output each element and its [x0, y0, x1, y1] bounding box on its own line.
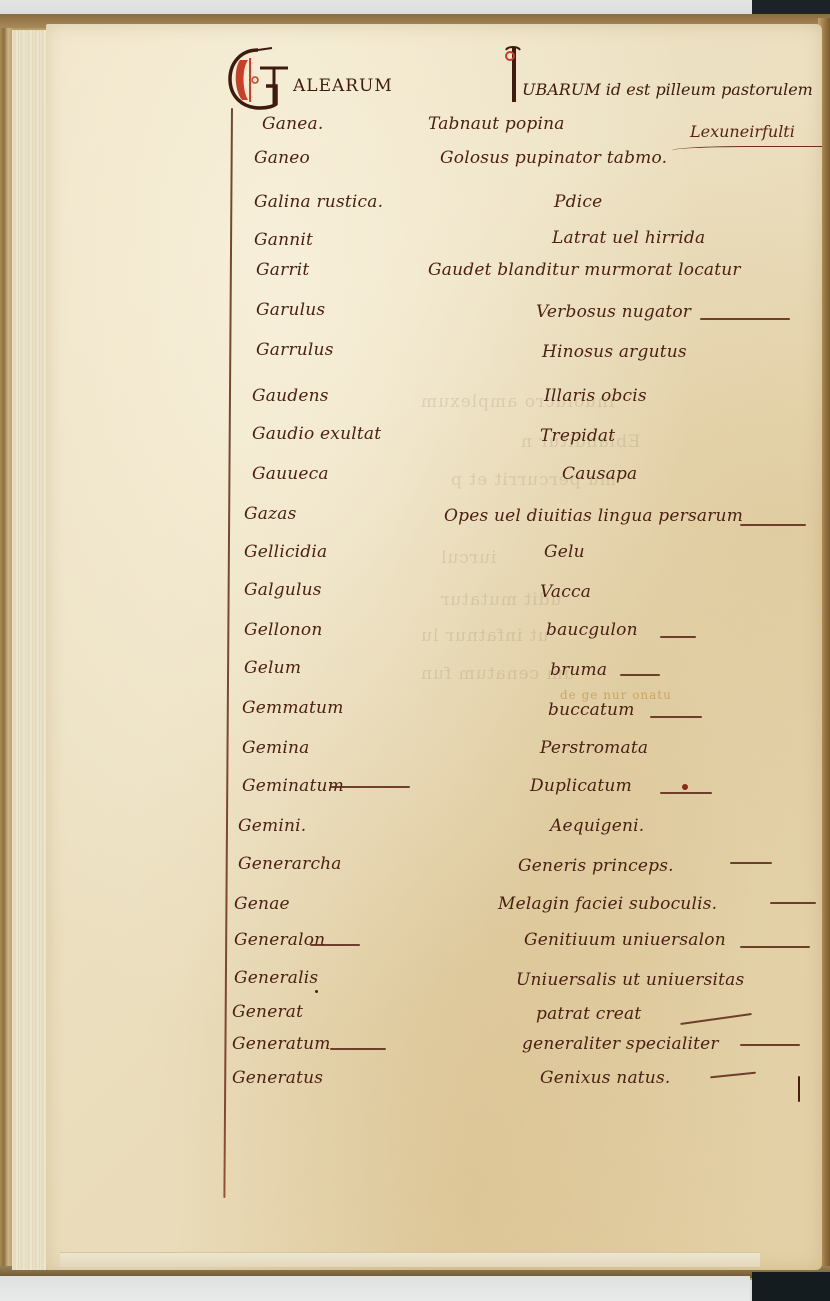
entry-lemma: Gelum	[244, 660, 301, 677]
entry-lemma: Gazas	[244, 506, 297, 523]
entry-gloss: Hinosus argutus	[542, 344, 687, 361]
line-filler-stroke	[330, 1048, 386, 1050]
entry-lemma: Galgulus	[244, 582, 322, 599]
entry-gloss: patrat creat	[536, 1006, 641, 1023]
margin-tick-mark	[798, 1076, 800, 1102]
entry-gloss: Pdice	[554, 194, 602, 211]
entry-lemma: Gellicidia	[244, 544, 327, 561]
entry-gloss: Generis princeps.	[518, 858, 674, 875]
entry-lemma: Gemmatum	[242, 700, 344, 717]
dark-backdrop-strip-bottom	[752, 1272, 830, 1301]
line-filler-stroke	[650, 716, 702, 718]
entry-lemma: Generarcha	[238, 856, 342, 873]
entry-lemma: Garulus	[256, 302, 325, 319]
entry-gloss: Genixus natus.	[540, 1070, 670, 1087]
line-filler-stroke	[620, 674, 660, 676]
entry-lemma: Gannit	[254, 232, 313, 249]
entry-gloss: buccatum	[548, 702, 635, 719]
entry-lemma: Generat	[232, 1004, 303, 1021]
entry-gloss: Latrat uel hirrida	[552, 230, 705, 247]
line-filler-stroke	[730, 862, 772, 864]
entry-lemma: Gaudens	[252, 388, 329, 405]
entry-lemma: Genae	[234, 896, 290, 913]
line-filler-stroke	[700, 318, 790, 320]
line-filler-stroke	[770, 902, 816, 904]
entry-lemma: Generalon	[234, 932, 325, 949]
stacked-page-edges	[12, 30, 47, 1270]
entry-gloss: Melagin faciei suboculis.	[498, 896, 717, 913]
line-filler-stroke	[660, 636, 696, 638]
entry-lemma: Galina rustica.	[254, 194, 383, 211]
entry-lemma: Generatum	[232, 1036, 331, 1053]
ink-blot	[682, 784, 688, 790]
entry-lemma: Gemina	[242, 740, 309, 757]
entry-gloss: Gelu	[544, 544, 585, 561]
entry-gloss: Verbosus nugator	[536, 304, 691, 321]
entry-lemma: Garrulus	[256, 342, 334, 359]
line-filler-stroke	[740, 1044, 800, 1046]
entry-lemma: Geminatum	[242, 778, 344, 795]
heading-gloss: UBARUM id est pilleum pastorulem	[522, 80, 813, 99]
entry-lemma: Gemini.	[238, 818, 306, 835]
entry-gloss: Duplicatum	[530, 778, 632, 795]
leaf-bottom-fold	[60, 1252, 760, 1267]
entry-lemma: Ganeo	[254, 150, 310, 167]
margin-note-bracket	[672, 146, 822, 155]
entry-lemma: Ganea.	[262, 116, 323, 133]
entry-gloss: Vacca	[540, 584, 591, 601]
entry-lemma: Gellonon	[244, 622, 322, 639]
entry-gloss: bruma	[550, 662, 607, 679]
entry-lemma: Generalis	[234, 970, 318, 987]
entry-gloss: Genitiuum uniuersalon	[524, 932, 726, 949]
entry-gloss: Illaris obcis	[544, 388, 647, 405]
entry-gloss: Tabnaut popina	[428, 116, 565, 133]
line-filler-stroke	[740, 524, 806, 526]
entry-lemma: Generatus	[232, 1070, 323, 1087]
entry-gloss: Perstromata	[540, 740, 648, 757]
bleed-through-text: iurcul	[440, 548, 496, 568]
heading-lemma: ALEARUM	[293, 76, 393, 96]
entry-gloss: Trepidat	[540, 428, 615, 445]
line-filler-stroke	[330, 786, 410, 788]
faded-interlinear-annotation: de ge nur onatu	[560, 688, 672, 702]
dark-backdrop-strip	[752, 0, 830, 14]
vellum-leaf	[46, 24, 822, 1270]
entry-gloss: Uniuersalis ut uniuersitas	[516, 972, 744, 989]
entry-lemma: Garrit	[256, 262, 309, 279]
entry-lemma: Gauueca	[252, 466, 329, 483]
entry-gloss: Opes uel diuitias lingua persarum	[444, 508, 743, 525]
line-filler-stroke	[310, 944, 360, 946]
entry-gloss: Golosus pupinator tabmo.	[440, 150, 667, 167]
entry-gloss: Gaudet blanditur murmorat locatur	[428, 262, 741, 279]
entry-gloss: baucgulon	[546, 622, 638, 639]
entry-gloss: Causapa	[562, 466, 637, 483]
entry-gloss: Aequigeni.	[550, 818, 644, 835]
margin-note: Lexuneirfulti	[690, 122, 795, 141]
entry-gloss: generaliter specialiter	[522, 1036, 719, 1053]
bleed-through-text: ut infatnur lu	[420, 626, 549, 646]
line-filler-stroke	[660, 792, 712, 794]
backdrop-bottom	[0, 1276, 750, 1301]
ink-dot	[315, 990, 318, 993]
line-filler-stroke	[740, 946, 810, 948]
rubricated-initial-g-icon	[228, 46, 294, 110]
entry-lemma: Gaudio exultat	[252, 426, 381, 443]
